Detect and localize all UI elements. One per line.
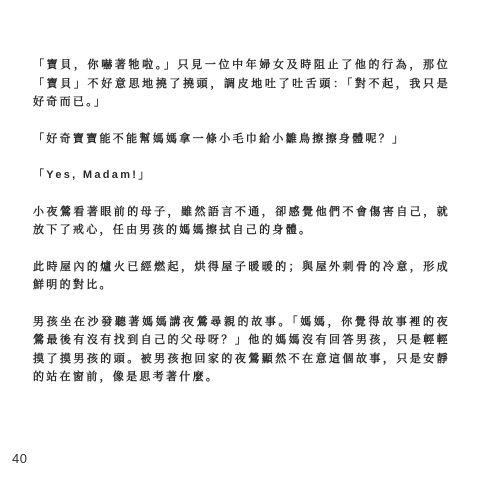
page-number: 40	[12, 451, 27, 466]
paragraph-1: 「寶貝，你嚇著牠啦。」只見一位中年婦女及時阻止了他的行為，那位「寶貝」不好意思地…	[33, 56, 450, 112]
paragraph-5: 此時屋內的爐火已經燃起，烘得屋子暖暖的；與屋外刺骨的冷意，形成鮮明的對比。	[33, 258, 450, 295]
paragraph-4: 小夜鶯看著眼前的母子，雖然語言不通，卻感覺他們不會傷害自己，就放下了戒心，任由男…	[33, 203, 450, 240]
book-page: 「寶貝，你嚇著牠啦。」只見一位中年婦女及時阻止了他的行為，那位「寶貝」不好意思地…	[0, 0, 480, 480]
page-text-block: 「寶貝，你嚇著牠啦。」只見一位中年婦女及時阻止了他的行為，那位「寶貝」不好意思地…	[33, 56, 450, 405]
paragraph-6: 男孩坐在沙發聽著媽媽講夜鶯尋親的故事。「媽媽，你覺得故事裡的夜鶯最後有沒有找到自…	[33, 313, 450, 387]
paragraph-2: 「好奇寶寶能不能幫媽媽拿一條小毛巾給小雛鳥擦擦身體呢？」	[33, 130, 450, 149]
paragraph-3: 「Yes, Madam!」	[33, 166, 450, 185]
